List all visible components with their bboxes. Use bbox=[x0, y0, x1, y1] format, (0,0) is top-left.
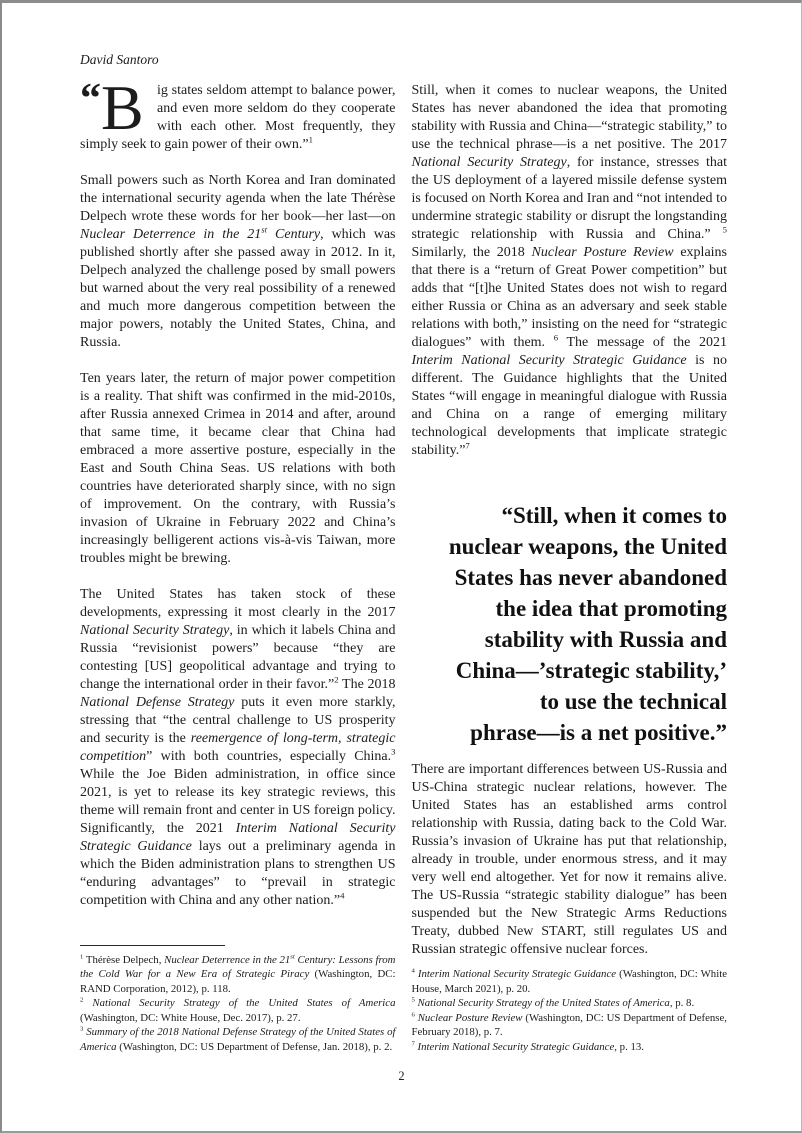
footnote: 7 Interim National Security Strategic Gu… bbox=[412, 1040, 728, 1055]
footnotes-right: 4 Interim National Security Strategic Gu… bbox=[412, 967, 728, 1054]
paragraph: Small powers such as North Korea and Ira… bbox=[80, 172, 396, 352]
opening-paragraph: “Big states seldom attempt to balance po… bbox=[80, 82, 396, 154]
left-column: “Big states seldom attempt to balance po… bbox=[80, 82, 396, 1054]
drop-cap-letter: B bbox=[101, 82, 144, 134]
two-column-layout: “Big states seldom attempt to balance po… bbox=[80, 82, 727, 1054]
paragraph: Still, when it comes to nuclear weapons,… bbox=[412, 82, 728, 460]
footnote-separator bbox=[80, 945, 225, 946]
page-content: David Santoro “Big states seldom attempt… bbox=[80, 52, 727, 1054]
footnote: 1 Thérèse Delpech, Nuclear Deterrence in… bbox=[80, 953, 396, 997]
footnote: 4 Interim National Security Strategic Gu… bbox=[412, 967, 728, 996]
paragraph: The United States has taken stock of the… bbox=[80, 586, 396, 910]
paragraph: Ten years later, the return of major pow… bbox=[80, 370, 396, 568]
footnote: 6 Nuclear Posture Review (Washington, DC… bbox=[412, 1011, 728, 1040]
pull-quote: “Still, when it comes to nuclear weapons… bbox=[412, 500, 728, 748]
author-byline: David Santoro bbox=[80, 52, 727, 68]
footnotes-left: 1 Thérèse Delpech, Nuclear Deterrence in… bbox=[80, 945, 396, 1055]
opening-quote-mark: “ bbox=[80, 82, 99, 116]
right-column: Still, when it comes to nuclear weapons,… bbox=[412, 82, 728, 1054]
drop-cap-group: “B bbox=[80, 82, 154, 136]
paragraph: There are important differences between … bbox=[412, 761, 728, 959]
footnote: 5 National Security Strategy of the Unit… bbox=[412, 996, 728, 1011]
page-number: 2 bbox=[2, 1069, 801, 1084]
footnote: 2 National Security Strategy of the Unit… bbox=[80, 996, 396, 1025]
document-page: David Santoro “Big states seldom attempt… bbox=[0, 0, 802, 1133]
footnote: 3 Summary of the 2018 National Defense S… bbox=[80, 1025, 396, 1054]
